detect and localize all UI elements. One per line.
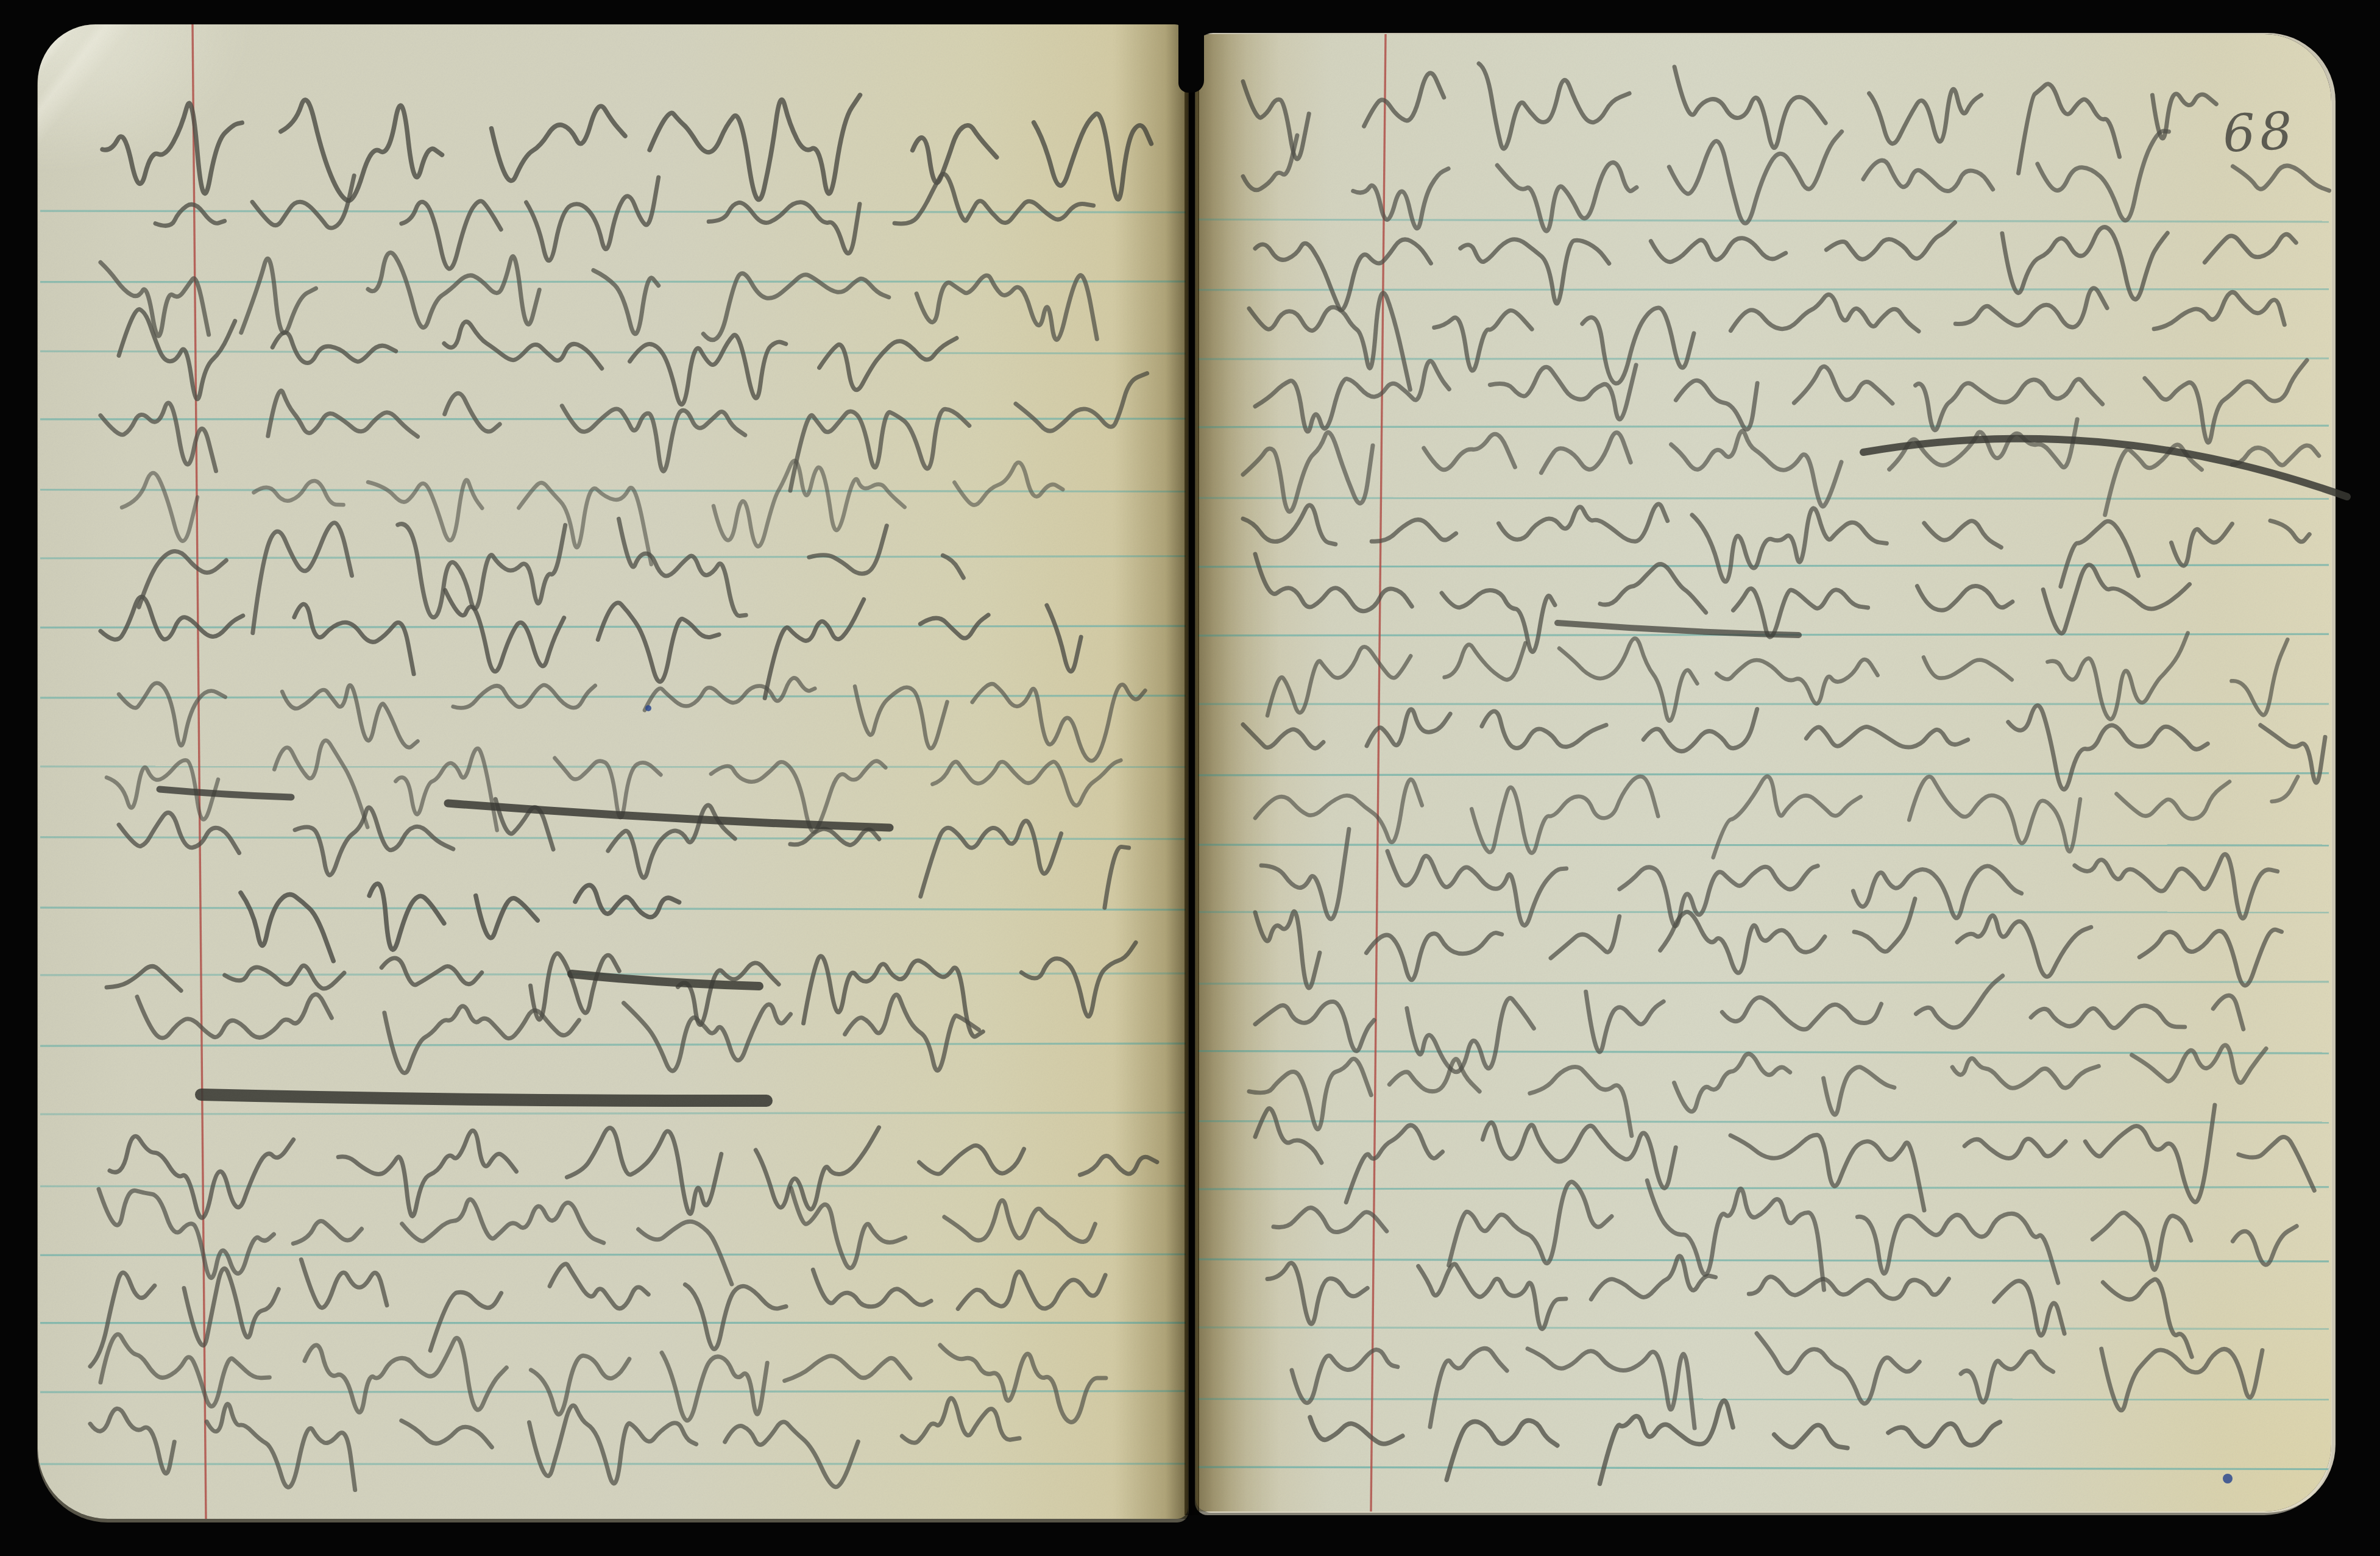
gutter-top-gap: [1178, 18, 1204, 93]
page-number: 68: [2222, 101, 2298, 164]
ruling-and-handwriting-layer: [0, 0, 2380, 1556]
paper-grain-right: [1195, 34, 2331, 1512]
paper-grain-left: [38, 24, 1188, 1519]
notebook-scan: 68: [0, 0, 2380, 1556]
